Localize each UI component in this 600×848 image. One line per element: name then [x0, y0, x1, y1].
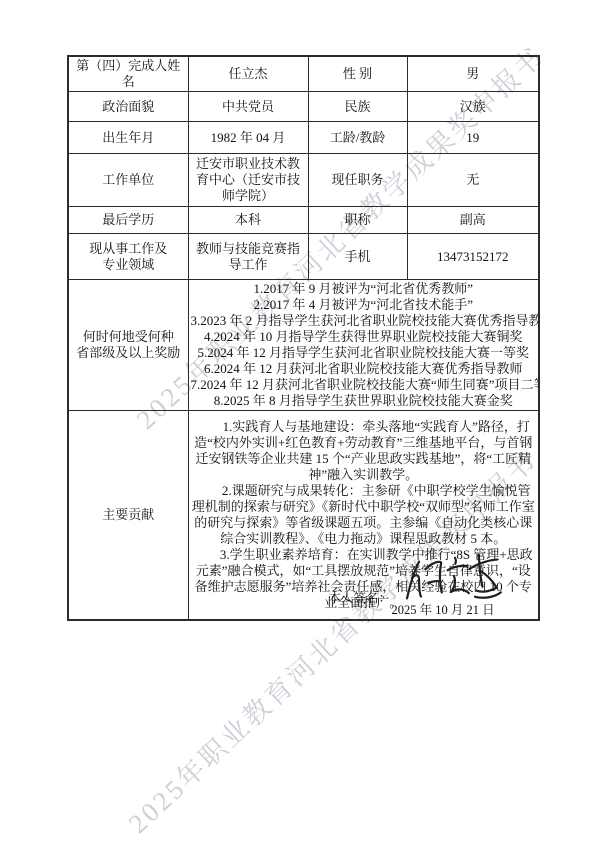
- field-label-gender: 性 别: [308, 56, 407, 92]
- field-label-birth-date: 出生年月: [68, 122, 188, 154]
- award-item: 8.2025 年 8 月指导学生获世界职业院校技能大赛金奖: [191, 393, 537, 409]
- table-row: 主要贡献 1.实践育人与基地建设：牵头落地“实践育人”路径，打造“校内外实训+红…: [68, 411, 539, 621]
- table-row: 政治面貌 中共党员 民族 汉族: [68, 92, 539, 122]
- field-label-awards: 何时何地受何种 省部级及以上奖励: [68, 280, 188, 411]
- award-item: 2.2017 年 4 月被评为“河北省技术能手”: [191, 297, 537, 313]
- awards-list: 1.2017 年 9 月被评为“河北省优秀教师” 2.2017 年 4 月被评为…: [188, 280, 539, 411]
- award-item: 7.2024 年 12 月获河北省职业院校技能大赛“师生同赛”项目二等奖: [191, 377, 537, 393]
- field-value-completer-name: 任立杰: [188, 56, 308, 92]
- table-row: 工作单位 迁安市职业技术教 育中心（迁安市技 师学院） 现任职务 无: [68, 154, 539, 207]
- field-label-work-unit: 工作单位: [68, 154, 188, 207]
- contribution-paragraph: 1.实践育人与基地建设：牵头落地“实践育人”路径，打造“校内外实训+红色教育+劳…: [191, 419, 537, 483]
- field-value-current-work: 教师与技能竞赛指 导工作: [188, 234, 308, 280]
- field-value-work-unit: 迁安市职业技术教 育中心（迁安市技 师学院）: [188, 154, 308, 207]
- contribution-paragraph: 2.课题研究与成果转化：主参研《中职学校学生愉悦管理机制的探索与研究》《新时代中…: [191, 483, 537, 547]
- field-label-completer-name: 第（四）完成人姓 名: [68, 56, 188, 92]
- table-row: 现从事工作及 专业领域 教师与技能竞赛指 导工作 手机 13473152172: [68, 234, 539, 280]
- field-value-education: 本科: [188, 207, 308, 234]
- field-label-title: 职称: [308, 207, 407, 234]
- award-item: 1.2017 年 9 月被评为“河北省优秀教师”: [191, 281, 537, 297]
- field-value-mobile: 13473152172: [407, 234, 539, 280]
- field-value-seniority: 19: [407, 122, 539, 154]
- field-label-current-work: 现从事工作及 专业领域: [68, 234, 188, 280]
- field-value-gender: 男: [407, 56, 539, 92]
- signature-label: 本人签名：: [329, 590, 392, 606]
- table-row: 出生年月 1982 年 04 月 工龄/教龄 19: [68, 122, 539, 154]
- signature-date: 2025 年 10 月 21 日: [392, 602, 495, 618]
- signature-handwriting-icon: [396, 552, 506, 604]
- completer-info-table: 第（四）完成人姓 名 任立杰 性 别 男 政治面貌 中共党员 民族 汉族 出生年…: [67, 55, 540, 621]
- document-page: 2025年职业教育河北省教学成果奖申报书 2025年职业教育河北省教学成果奖申报…: [0, 0, 600, 848]
- award-item: 4.2024 年 10 月指导学生获得世界职业院校技能大赛铜奖: [191, 329, 537, 345]
- field-label-political-status: 政治面貌: [68, 92, 188, 122]
- award-item: 3.2023 年 2 月指导学生获河北省职业院校技能大赛优秀指导教师: [191, 313, 537, 329]
- table-row: 最后学历 本科 职称 副高: [68, 207, 539, 234]
- field-label-ethnicity: 民族: [308, 92, 407, 122]
- field-value-birth-date: 1982 年 04 月: [188, 122, 308, 154]
- field-label-seniority: 工龄/教龄: [308, 122, 407, 154]
- table-row: 何时何地受何种 省部级及以上奖励 1.2017 年 9 月被评为“河北省优秀教师…: [68, 280, 539, 411]
- field-label-mobile: 手机: [308, 234, 407, 280]
- field-label-education: 最后学历: [68, 207, 188, 234]
- field-value-ethnicity: 汉族: [407, 92, 539, 122]
- field-label-current-position: 现任职务: [308, 154, 407, 207]
- award-item: 5.2024 年 12 月指导学生获河北省职业院校技能大赛一等奖: [191, 345, 537, 361]
- field-value-political-status: 中共党员: [188, 92, 308, 122]
- table-row: 第（四）完成人姓 名 任立杰 性 别 男: [68, 56, 539, 92]
- field-label-main-contributions: 主要贡献: [68, 411, 188, 621]
- field-value-current-position: 无: [407, 154, 539, 207]
- field-value-title: 副高: [407, 207, 539, 234]
- award-item: 6.2024 年 12 月获河北省职业院校技能大赛优秀指导教师: [191, 361, 537, 377]
- contributions-cell: 1.实践育人与基地建设：牵头落地“实践育人”路径，打造“校内外实训+红色教育+劳…: [188, 411, 539, 621]
